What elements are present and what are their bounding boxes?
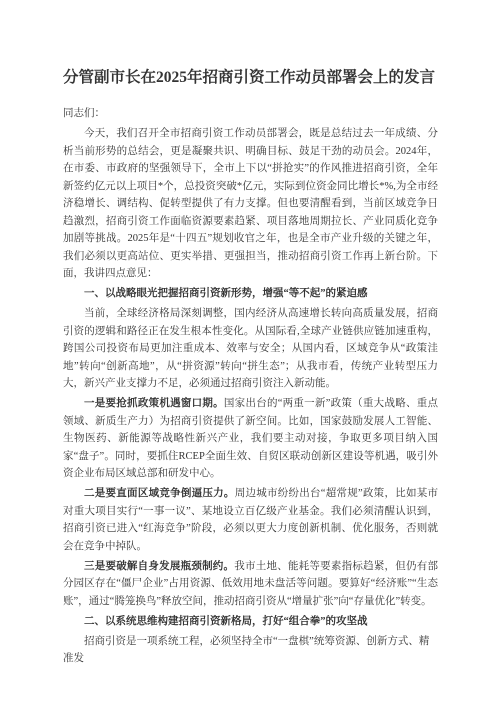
paragraph-situation: 当前，全球经济格局深刻调整，国内经济从高速增长转向高质量发展，招商引资的逻辑和路…: [63, 305, 438, 393]
paragraph-text: 招商引资是一项系统工程，必须坚持全市“一盘棋”统筹资源、创新方式、精准发: [63, 636, 429, 665]
paragraph-text: 当前，全球经济格局深刻调整，国内经济从高速增长转向高质量发展，招商引资的逻辑和路…: [63, 308, 438, 389]
document-title: 分管副市长在2025年招商引资工作动员部署会上的发言: [63, 66, 438, 90]
document-body: 同志们： 今天，我们召开全市招商引资工作动员部署会，既是总结过去一年成绩、分析当…: [63, 105, 438, 668]
paragraph-outro-truncated: 招商引资是一项系统工程，必须坚持全市“一盘棋”统筹资源、创新方式、精准发: [63, 633, 438, 668]
section-heading-1: 一、以战略眼光把握招商引资新形势，增强“等不起”的紧迫感: [63, 285, 438, 303]
paragraph-text: 国家出台的“两重一新”政策（重大战略、重点领域、新质生产力）为招商引资提供了新空…: [63, 398, 438, 479]
paragraph-intro: 今天，我们召开全市招商引资工作动员部署会，既是总结过去一年成绩、分析当前形势的总…: [63, 125, 438, 283]
paragraph-lead: 二是要直面区域竞争倒逼压力。: [84, 488, 235, 499]
section-heading-2: 二、以系统思维构建招商引资新格局，打好“组合拳”的攻坚战: [63, 613, 438, 631]
paragraph-point-1: 一是要抢抓政策机遇窗口期。国家出台的“两重一新”政策（重大战略、重点领域、新质生…: [63, 395, 438, 483]
paragraph-point-2: 二是要直面区域竞争倒逼压力。周边城市纷纷出台“超常规”政策，比如某市对重大项目实…: [63, 485, 438, 555]
paragraph-point-3: 三是要破解自身发展瓶颈制约。我市土地、能耗等要素指标趋紧，但仍有部分园区存在“僵…: [63, 558, 438, 611]
document-page: 分管副市长在2025年招商引资工作动员部署会上的发言 同志们： 今天，我们召开全…: [0, 0, 500, 707]
paragraph-lead: 三是要破解自身发展瓶颈制约。: [84, 561, 234, 572]
salutation: 同志们：: [63, 105, 438, 123]
paragraph-lead: 一是要抢抓政策机遇窗口期。: [84, 398, 224, 409]
paragraph-text: 今天，我们召开全市招商引资工作动员部署会，既是总结过去一年成绩、分析当前形势的总…: [63, 128, 438, 279]
